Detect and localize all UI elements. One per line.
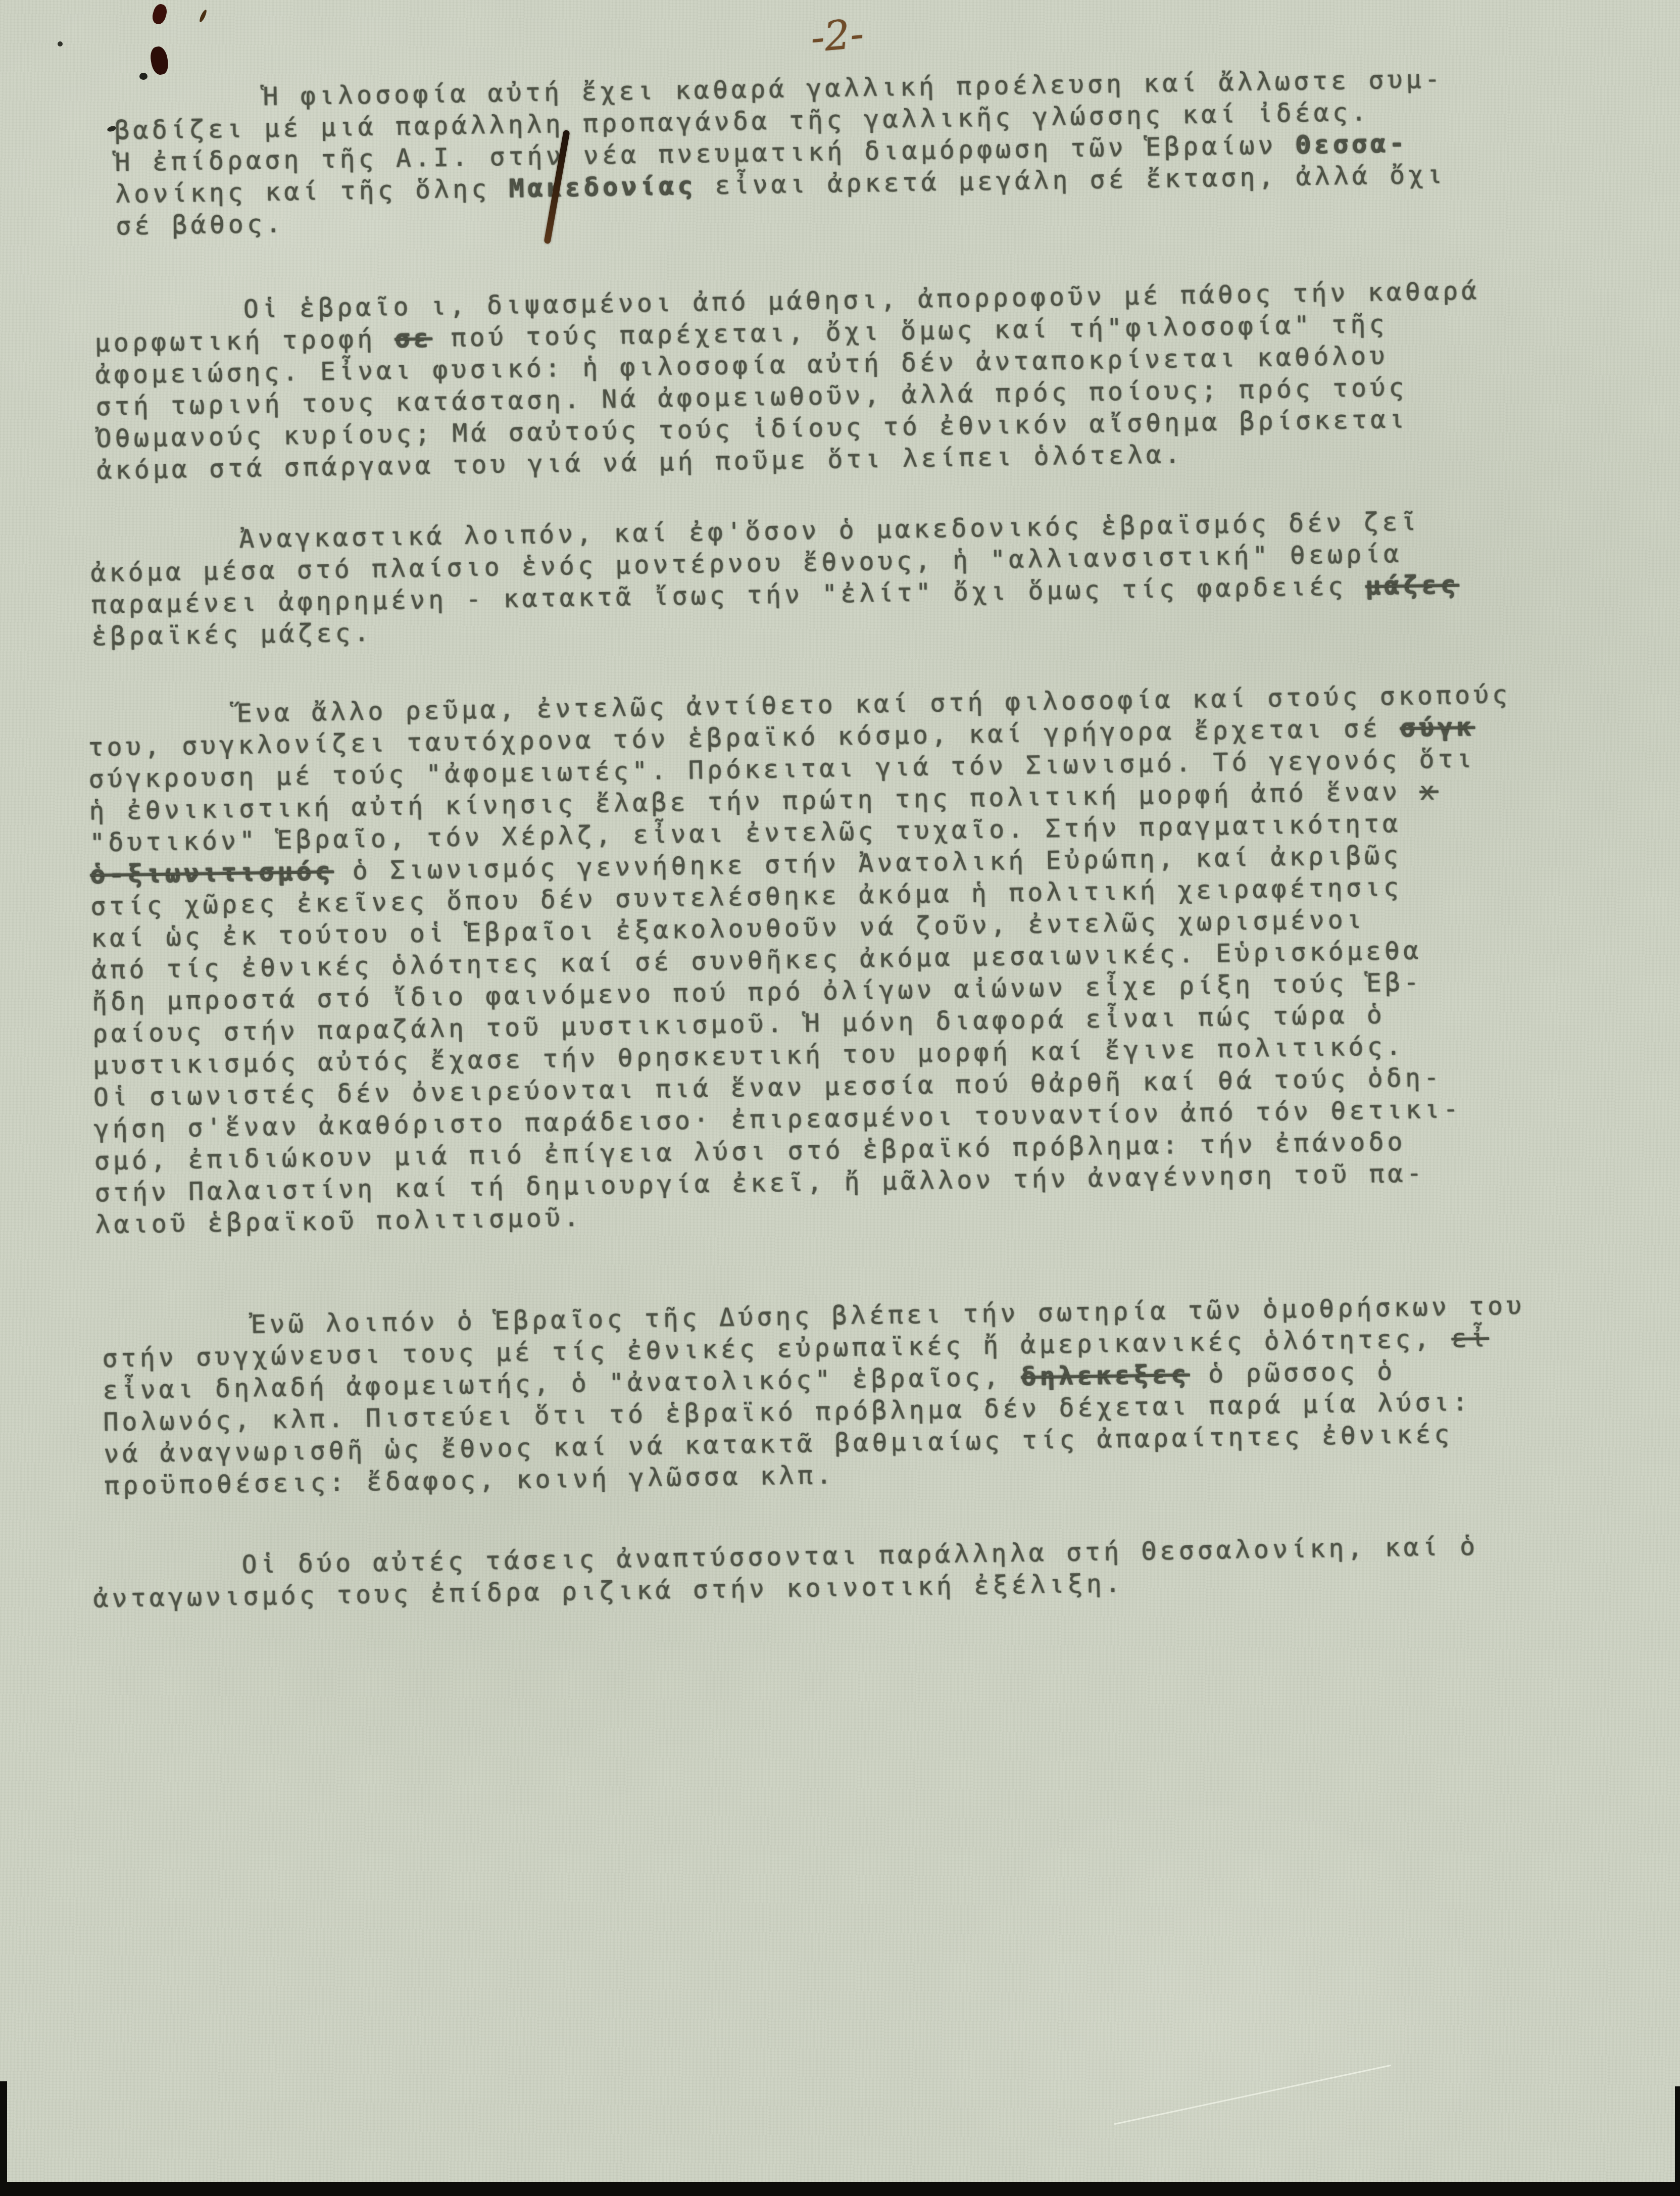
typed-text-segment: Θεσσα- [1295, 128, 1408, 159]
typed-text-segment: ὁ ρῶσσος ὁ [1190, 1356, 1396, 1389]
scan-edge-left [0, 2081, 7, 2196]
typed-paragraph: Οἱ ἑβραῖο ι, διψασμένοι ἀπό μάθησι, ἀπορ… [94, 275, 1483, 486]
typed-paragraph: Ἡ φιλοσοφία αὐτή ἔχει καθαρά γαλλική προ… [114, 63, 1447, 242]
strikethrough-text: δηλεκεξες [1021, 1359, 1190, 1391]
strikethrough-text: εἶ [1451, 1323, 1489, 1353]
typed-paragraph: Ἐνῶ λοιπόν ὁ Ἑβραῖος τῆς Δύσης βλέπει τή… [102, 1290, 1527, 1502]
typed-text-segment: Μακεδονίας [509, 171, 697, 203]
typed-text-segment: μορφωτική τροφή [94, 324, 394, 358]
typed-text-segment: ἑβραϊκές μάζες. [91, 618, 373, 651]
scan-edge-right [1675, 2086, 1680, 2196]
typed-paragraph: Οἱ δύο αὐτές τάσεις ἀναπτύσσονται παράλλ… [92, 1530, 1479, 1615]
strikethrough-text: x [1419, 776, 1439, 806]
ink-speck [139, 73, 147, 80]
typed-text-segment: λαιοῦ ἑβραϊκοῦ πολιτισμοῦ. [95, 1203, 582, 1239]
typed-text-segment: λονίκης καί τῆς ὅλης [115, 174, 509, 209]
typed-paragraph: Ἀναγκαστικά λοιπόν, καί ἐφ'ὅσον ὁ μακεδο… [90, 505, 1460, 653]
typed-paragraph: Ἕνα ἄλλο ρεῦμα, ἐντελῶς ἀντίθετο καί στή… [87, 678, 1519, 1241]
ink-speck [58, 41, 63, 46]
strikethrough-text: σύγκ [1400, 712, 1475, 742]
typed-text-segment: σέ βάθος. [116, 209, 285, 240]
strikethrough-text: σε [394, 323, 432, 353]
scan-edge-bottom [0, 2182, 1680, 2196]
strikethrough-text: μάζες [1365, 570, 1459, 601]
typed-text-block: Ἡ φιλοσοφία αὐτή ἔχει καθαρά γαλλική προ… [0, 0, 1680, 2196]
document-page: -2- Ἡ φιλοσοφία αὐτή ἔχει καθαρά γαλλική… [0, 0, 1680, 2196]
strikethrough-text: ὁ-ξιωνιτισμός [90, 856, 334, 889]
